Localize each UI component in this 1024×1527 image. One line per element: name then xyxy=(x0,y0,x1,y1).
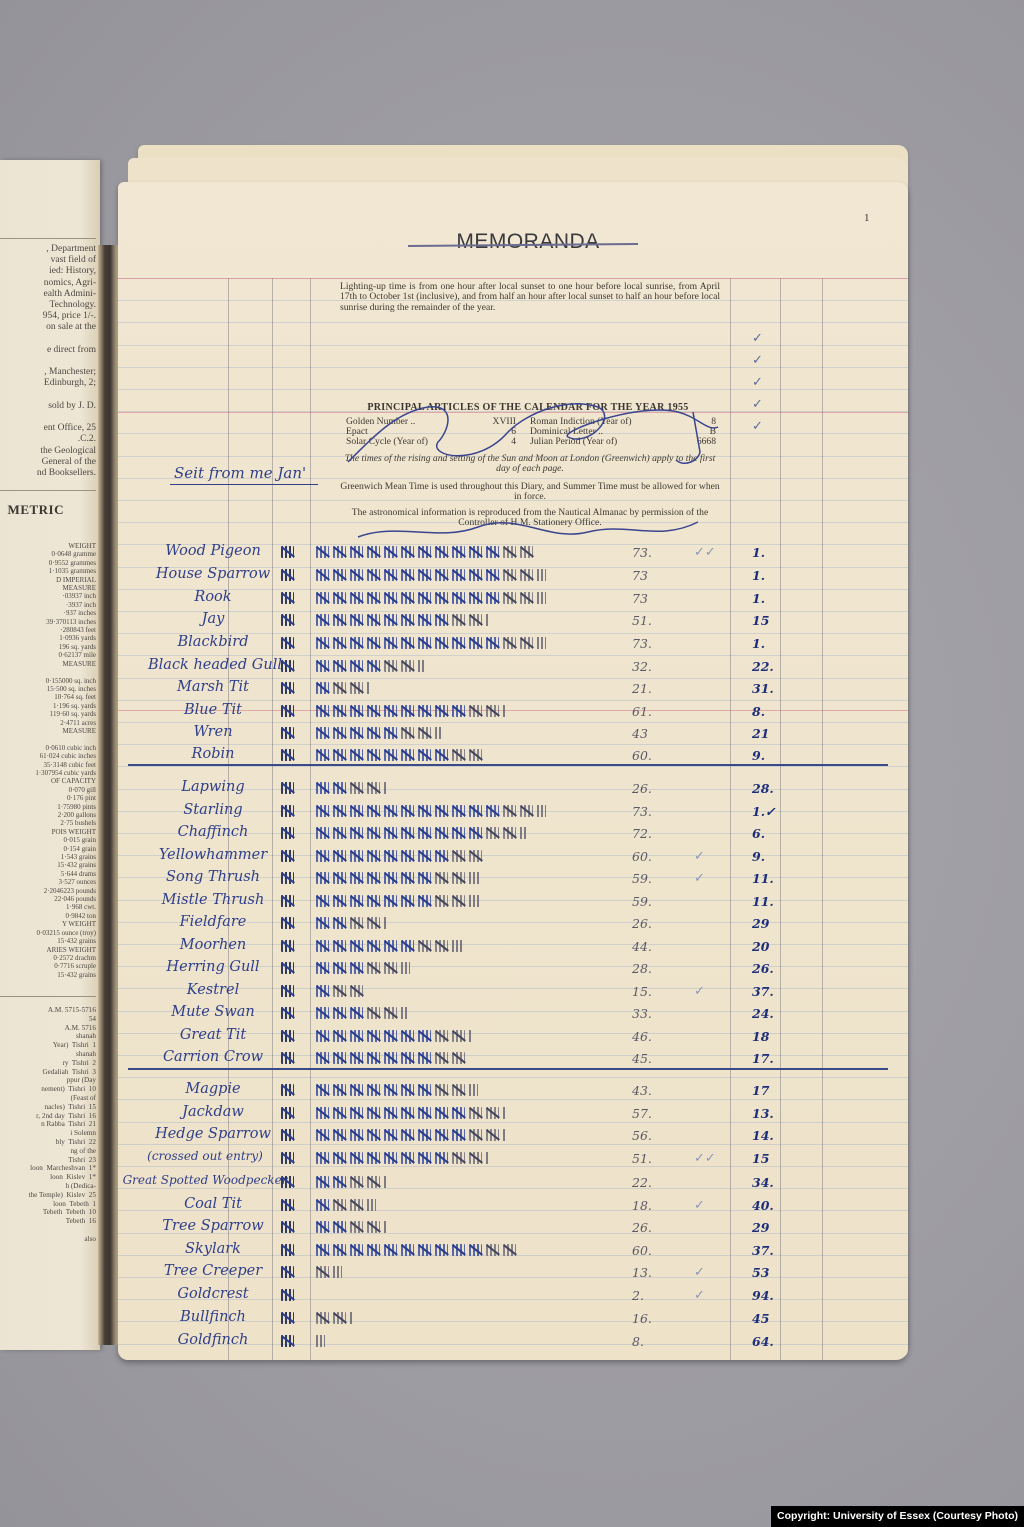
tally-gate-icon xyxy=(452,1052,465,1064)
section-divider-line xyxy=(128,1068,888,1070)
tally-marks xyxy=(316,850,482,862)
tally-gate-icon xyxy=(486,546,499,558)
tally-gate-icon xyxy=(316,1084,329,1096)
tally-gate-icon xyxy=(418,1030,431,1042)
tally-gate-icon xyxy=(452,1107,465,1119)
bird-name: Mute Swan xyxy=(148,1004,278,1020)
bird-name: Skylark xyxy=(148,1241,278,1257)
check-mark: ✓ xyxy=(694,848,705,864)
ruled-line xyxy=(118,367,908,368)
rank-number: 14. xyxy=(752,1128,774,1143)
bird-name: Blackbird xyxy=(148,634,278,650)
tally-total: 57. xyxy=(632,1106,652,1121)
tally-gate-icon xyxy=(333,546,346,558)
tally-gate-icon xyxy=(367,1244,380,1256)
tally-gate-icon xyxy=(520,637,533,649)
tally-gate-icon xyxy=(469,1244,482,1256)
tally-gate-icon xyxy=(435,895,448,907)
tally-gate-icon xyxy=(401,1129,414,1141)
tally-gate-icon xyxy=(350,1244,363,1256)
tally-gate-icon xyxy=(384,614,397,626)
tally-marks xyxy=(316,940,464,952)
bird-name: Fieldfare xyxy=(148,914,278,930)
tally-gate-icon xyxy=(350,592,363,604)
tally-gate-icon xyxy=(401,569,414,581)
copyright-caption: Copyright: University of Essex (Courtesy… xyxy=(771,1506,1024,1527)
table-row: (crossed out entry)51.✓✓15 xyxy=(118,1148,908,1170)
tally-gate-icon xyxy=(435,749,448,761)
tally-gate-icon xyxy=(316,827,329,839)
tally-marks xyxy=(316,1221,387,1233)
tally-gate-icon xyxy=(520,569,533,581)
rank-number: 9. xyxy=(752,748,765,763)
tally-gate-icon xyxy=(503,546,516,558)
tally-gate-icon xyxy=(350,895,363,907)
tally-gate-icon xyxy=(367,895,380,907)
tally-gate-icon xyxy=(452,569,465,581)
table-row: Great Tit46.18 xyxy=(118,1026,908,1048)
tally-gate-icon xyxy=(486,1129,499,1141)
rank-number: 6. xyxy=(752,826,765,841)
tally-gate-icon xyxy=(418,895,431,907)
table-row: Wren4321 xyxy=(118,723,908,745)
tally-gate-icon xyxy=(401,940,414,952)
tally-gate-icon xyxy=(316,1244,329,1256)
bird-name: Tree Creeper xyxy=(148,1263,278,1279)
tally-gate-icon xyxy=(367,872,380,884)
tally-total: 21. xyxy=(632,681,652,696)
tally-gate-icon xyxy=(384,592,397,604)
bird-name: Coal Tit xyxy=(148,1196,278,1212)
tally-gate-icon xyxy=(316,1007,329,1019)
ruled-line xyxy=(118,322,908,323)
tally-gate-icon xyxy=(367,782,380,794)
tally-gate-icon xyxy=(384,1052,397,1064)
bird-name: Magpie xyxy=(148,1081,278,1097)
tally-gate-icon xyxy=(520,546,533,558)
tally-gate-icon xyxy=(367,637,380,649)
check-mark: ✓ xyxy=(694,870,705,886)
table-row: Magpie43.17 xyxy=(118,1080,908,1102)
tally-total: 60. xyxy=(632,1243,652,1258)
rank-number: 20 xyxy=(752,939,769,954)
tally-partial-marks xyxy=(537,805,546,817)
tally-gate-icon xyxy=(486,705,499,717)
tally-gate-icon xyxy=(333,749,346,761)
tally-gate-icon xyxy=(316,705,329,717)
tally-gate-icon xyxy=(316,872,329,884)
tally-gate-icon xyxy=(333,872,346,884)
tally-gate-icon xyxy=(418,749,431,761)
rank-number: 17. xyxy=(752,1051,774,1066)
tally-partial-marks xyxy=(384,1176,387,1188)
tally-gate-icon xyxy=(435,1152,448,1164)
tally-gate-icon xyxy=(367,1030,380,1042)
first-tally-group-icon xyxy=(281,805,295,817)
tally-partial-marks xyxy=(503,1107,506,1119)
rank-number: 15 xyxy=(752,613,769,628)
left-page-metric-table: WEIGHT 0·0648 gramme 0·9552 grammes 1·10… xyxy=(0,542,96,979)
tally-partial-marks xyxy=(537,637,546,649)
bird-name: Goldcrest xyxy=(148,1286,278,1302)
tally-gate-icon xyxy=(435,940,448,952)
tally-total: 72. xyxy=(632,826,652,841)
tally-gate-icon xyxy=(316,1221,329,1233)
tally-marks xyxy=(316,782,387,794)
tally-gate-icon xyxy=(418,1244,431,1256)
tally-gate-icon xyxy=(333,782,346,794)
tally-marks xyxy=(316,895,481,907)
tally-marks xyxy=(316,569,546,581)
table-row: Goldfinch8.64. xyxy=(118,1331,908,1353)
tally-gate-icon xyxy=(469,1152,482,1164)
tally-gate-icon xyxy=(316,1129,329,1141)
handwritten-heading: Seit from me Jan' xyxy=(174,464,306,482)
tally-gate-icon xyxy=(418,805,431,817)
tally-gate-icon xyxy=(384,895,397,907)
table-row: House Sparrow731. xyxy=(118,565,908,587)
tally-gate-icon xyxy=(418,1152,431,1164)
rank-number: 22. xyxy=(752,659,774,674)
page-title: MEMORANDA xyxy=(408,230,648,254)
first-tally-group-icon xyxy=(281,1030,295,1042)
tally-partial-marks xyxy=(401,962,410,974)
tally-gate-icon xyxy=(384,749,397,761)
bird-name: Wren xyxy=(148,724,278,740)
tally-gate-icon xyxy=(333,962,346,974)
bird-name: Jackdaw xyxy=(148,1104,278,1120)
tally-gate-icon xyxy=(367,614,380,626)
tally-gate-icon xyxy=(384,850,397,862)
tally-gate-icon xyxy=(333,895,346,907)
ruled-line xyxy=(118,1077,908,1078)
table-row: Hedge Sparrow56.14. xyxy=(118,1125,908,1147)
rank-number: 9. xyxy=(752,849,765,864)
bird-name: Herring Gull xyxy=(148,959,278,975)
bird-name: Mistle Thrush xyxy=(148,892,278,908)
tally-marks xyxy=(316,917,387,929)
tally-gate-icon xyxy=(367,850,380,862)
tally-total: 51. xyxy=(632,613,652,628)
astronomical-note: The astronomical information is reproduc… xyxy=(340,508,720,529)
tally-marks xyxy=(316,546,533,558)
tally-partial-marks xyxy=(469,1084,478,1096)
bird-name: Chaffinch xyxy=(148,824,278,840)
tally-marks xyxy=(316,827,526,839)
tally-gate-icon xyxy=(384,1030,397,1042)
tally-gate-icon xyxy=(418,592,431,604)
tally-gate-icon xyxy=(435,850,448,862)
tally-partial-marks xyxy=(367,682,370,694)
tally-total: 33. xyxy=(632,1006,652,1021)
tally-gate-icon xyxy=(435,872,448,884)
tally-marks xyxy=(316,1129,506,1141)
tally-gate-icon xyxy=(333,727,346,739)
tally-gate-icon xyxy=(350,1052,363,1064)
tally-gate-icon xyxy=(418,705,431,717)
rank-number: 26. xyxy=(752,961,774,976)
left-page-publications-text: , Department vast field of ied: History,… xyxy=(0,244,96,479)
rank-number: 45 xyxy=(752,1311,769,1326)
tally-gate-icon xyxy=(367,940,380,952)
tally-gate-icon xyxy=(367,1129,380,1141)
tally-marks xyxy=(316,985,363,997)
bird-name: Great Tit xyxy=(148,1027,278,1043)
tally-gate-icon xyxy=(452,705,465,717)
table-row: Tree Creeper13.✓53 xyxy=(118,1262,908,1284)
bird-name: (crossed out entry) xyxy=(120,1149,290,1163)
tally-total: 43 xyxy=(632,726,648,741)
tally-partial-marks xyxy=(469,872,481,884)
tally-gate-icon xyxy=(350,940,363,952)
first-tally-group-icon xyxy=(281,592,295,604)
bird-name: Wood Pigeon xyxy=(148,543,278,559)
tally-gate-icon xyxy=(333,1244,346,1256)
tally-gate-icon xyxy=(452,1084,465,1096)
tally-gate-icon xyxy=(316,962,329,974)
tally-partial-marks xyxy=(537,592,546,604)
table-row: Tree Sparrow26.29 xyxy=(118,1217,908,1239)
tally-gate-icon xyxy=(401,1152,414,1164)
tally-gate-icon xyxy=(316,1152,329,1164)
tally-total: 45. xyxy=(632,1051,652,1066)
first-tally-group-icon xyxy=(281,1107,295,1119)
tally-partial-marks xyxy=(418,660,424,672)
tally-marks xyxy=(316,1199,376,1211)
tally-gate-icon xyxy=(435,569,448,581)
tally-gate-icon xyxy=(401,749,414,761)
table-row: Blackbird73.1. xyxy=(118,633,908,655)
tally-gate-icon xyxy=(486,805,499,817)
tally-gate-icon xyxy=(384,1084,397,1096)
tally-gate-icon xyxy=(316,1030,329,1042)
tally-gate-icon xyxy=(333,614,346,626)
tally-gate-icon xyxy=(316,546,329,558)
table-row: Moorhen44.20 xyxy=(118,936,908,958)
first-tally-group-icon xyxy=(281,682,295,694)
tally-total: 60. xyxy=(632,748,652,763)
tally-gate-icon xyxy=(401,1107,414,1119)
tally-gate-icon xyxy=(316,660,329,672)
tally-gate-icon xyxy=(367,827,380,839)
tally-gate-icon xyxy=(469,827,482,839)
first-tally-group-icon xyxy=(281,1335,295,1347)
table-row: Fieldfare26.29 xyxy=(118,913,908,935)
table-row: Wood Pigeon73.✓✓1. xyxy=(118,542,908,564)
tally-gate-icon xyxy=(367,1221,380,1233)
tally-gate-icon xyxy=(418,637,431,649)
tally-gate-icon xyxy=(333,1007,346,1019)
tally-gate-icon xyxy=(384,827,397,839)
tally-gate-icon xyxy=(452,614,465,626)
tally-gate-icon xyxy=(452,1152,465,1164)
first-tally-group-icon xyxy=(281,872,295,884)
tally-gate-icon xyxy=(384,1007,397,1019)
tally-total: 32. xyxy=(632,659,652,674)
bird-name: Lapwing xyxy=(148,779,278,795)
tally-gate-icon xyxy=(452,749,465,761)
tally-total: 44. xyxy=(632,939,652,954)
first-tally-group-icon xyxy=(281,895,295,907)
tally-gate-icon xyxy=(384,660,397,672)
tally-gate-icon xyxy=(316,782,329,794)
bird-name: Yellowhammer xyxy=(148,847,278,863)
tally-gate-icon xyxy=(316,592,329,604)
tally-gate-icon xyxy=(401,1030,414,1042)
tally-gate-icon xyxy=(435,805,448,817)
tally-marks xyxy=(316,1266,342,1278)
first-tally-group-icon xyxy=(281,749,295,761)
tally-gate-icon xyxy=(316,1107,329,1119)
tally-partial-marks xyxy=(350,1312,353,1324)
first-tally-group-icon xyxy=(281,705,295,717)
tally-gate-icon xyxy=(384,705,397,717)
first-tally-group-icon xyxy=(281,1176,295,1188)
table-row: Bullfinch16.45 xyxy=(118,1308,908,1330)
tally-total: 43. xyxy=(632,1083,652,1098)
table-row: Chaffinch72.6. xyxy=(118,823,908,845)
tally-gate-icon xyxy=(367,660,380,672)
tally-marks xyxy=(316,1107,506,1119)
tally-gate-icon xyxy=(401,805,414,817)
tally-total: 2. xyxy=(632,1288,644,1303)
tally-partial-marks xyxy=(316,1335,325,1347)
tally-gate-icon xyxy=(486,827,499,839)
first-tally-group-icon xyxy=(281,1152,295,1164)
tally-gate-icon xyxy=(350,1084,363,1096)
first-tally-group-icon xyxy=(281,569,295,581)
first-tally-group-icon xyxy=(281,1007,295,1019)
tally-gate-icon xyxy=(316,682,329,694)
tally-total: 26. xyxy=(632,1220,652,1235)
tally-gate-icon xyxy=(469,850,482,862)
table-row: Herring Gull28.26. xyxy=(118,958,908,980)
tally-gate-icon xyxy=(469,592,482,604)
tally-partial-marks xyxy=(469,1030,472,1042)
bird-name: Rook xyxy=(148,589,278,605)
tally-gate-icon xyxy=(350,1176,363,1188)
tally-gate-icon xyxy=(333,1107,346,1119)
tally-gate-icon xyxy=(350,727,363,739)
tally-gate-icon xyxy=(418,1052,431,1064)
check-mark: ✓ xyxy=(694,1287,705,1303)
tally-total: 46. xyxy=(632,1029,652,1044)
tally-gate-icon xyxy=(503,1244,516,1256)
check-mark: ✓✓ xyxy=(694,544,716,560)
rank-number: 64. xyxy=(752,1334,774,1349)
first-tally-group-icon xyxy=(281,637,295,649)
rank-number: 11. xyxy=(752,894,774,909)
tally-gate-icon xyxy=(401,1244,414,1256)
tally-gate-icon xyxy=(316,1312,329,1324)
tally-gate-icon xyxy=(452,805,465,817)
table-row: Starling73.1.✓ xyxy=(118,801,908,823)
rank-number: 17 xyxy=(752,1083,769,1098)
first-tally-group-icon xyxy=(281,827,295,839)
tally-total: 26. xyxy=(632,916,652,931)
bird-name: Kestrel xyxy=(148,982,278,998)
first-tally-group-icon xyxy=(281,985,295,997)
tally-marks xyxy=(316,637,546,649)
tally-marks xyxy=(316,1176,387,1188)
first-tally-group-icon xyxy=(281,1266,295,1278)
tally-gate-icon xyxy=(350,1030,363,1042)
tally-gate-icon xyxy=(350,1129,363,1141)
tally-gate-icon xyxy=(350,782,363,794)
rank-number: 37. xyxy=(752,1243,774,1258)
check-mark: ✓ xyxy=(752,374,763,390)
check-mark: ✓✓ xyxy=(694,1150,716,1166)
tally-gate-icon xyxy=(401,1052,414,1064)
tally-marks xyxy=(316,962,410,974)
tally-gate-icon xyxy=(350,872,363,884)
bird-name: Hedge Sparrow xyxy=(148,1126,278,1142)
first-tally-group-icon xyxy=(281,1052,295,1064)
calendar-row: Solar Cycle (Year of) 4 Julian Period (Y… xyxy=(346,437,716,447)
tally-gate-icon xyxy=(333,1129,346,1141)
tally-gate-icon xyxy=(401,727,414,739)
check-mark: ✓ xyxy=(694,1197,705,1213)
table-row: Coal Tit18.✓40. xyxy=(118,1195,908,1217)
first-tally-group-icon xyxy=(281,940,295,952)
tally-gate-icon xyxy=(401,827,414,839)
rank-number: 1. xyxy=(752,545,765,560)
tally-gate-icon xyxy=(316,1176,329,1188)
tally-gate-icon xyxy=(350,850,363,862)
tally-marks xyxy=(316,705,506,717)
table-row: Black headed Gull32.22. xyxy=(118,656,908,678)
table-row: Lapwing26.28. xyxy=(118,778,908,800)
tally-gate-icon xyxy=(418,1084,431,1096)
bird-name: Jay xyxy=(148,611,278,627)
calendar-label: Julian Period (Year of) xyxy=(530,437,680,447)
tally-gate-icon xyxy=(384,569,397,581)
first-tally-group-icon xyxy=(281,1084,295,1096)
calendar-heading: PRINCIPAL ARTICLES OF THE CALENDAR FOR T… xyxy=(328,402,728,413)
tally-total: 8. xyxy=(632,1334,644,1349)
tally-gate-icon xyxy=(316,749,329,761)
tally-gate-icon xyxy=(350,1007,363,1019)
tally-gate-icon xyxy=(520,805,533,817)
table-row: Jay51.15 xyxy=(118,610,908,632)
tally-gate-icon xyxy=(486,637,499,649)
tally-gate-icon xyxy=(452,1244,465,1256)
tally-gate-icon xyxy=(316,1199,329,1211)
tally-gate-icon xyxy=(350,546,363,558)
bird-name: Goldfinch xyxy=(148,1332,278,1348)
tally-gate-icon xyxy=(316,917,329,929)
ruled-line xyxy=(118,345,908,346)
tally-gate-icon xyxy=(384,940,397,952)
book-spine-frayed-binding xyxy=(98,245,120,1345)
tally-partial-marks xyxy=(384,917,387,929)
tally-gate-icon xyxy=(316,1266,329,1278)
tally-gate-icon xyxy=(418,614,431,626)
tally-gate-icon xyxy=(401,872,414,884)
tally-gate-icon xyxy=(384,637,397,649)
tally-partial-marks xyxy=(486,614,489,626)
tally-marks xyxy=(316,1052,465,1064)
tally-partial-marks xyxy=(452,940,464,952)
tally-gate-icon xyxy=(418,940,431,952)
bird-name: Marsh Tit xyxy=(148,679,278,695)
tally-gate-icon xyxy=(350,660,363,672)
tally-gate-icon xyxy=(435,1030,448,1042)
tally-gate-icon xyxy=(469,614,482,626)
tally-total: 56. xyxy=(632,1128,652,1143)
calendar-value: 4 xyxy=(456,437,530,447)
tally-gate-icon xyxy=(367,749,380,761)
